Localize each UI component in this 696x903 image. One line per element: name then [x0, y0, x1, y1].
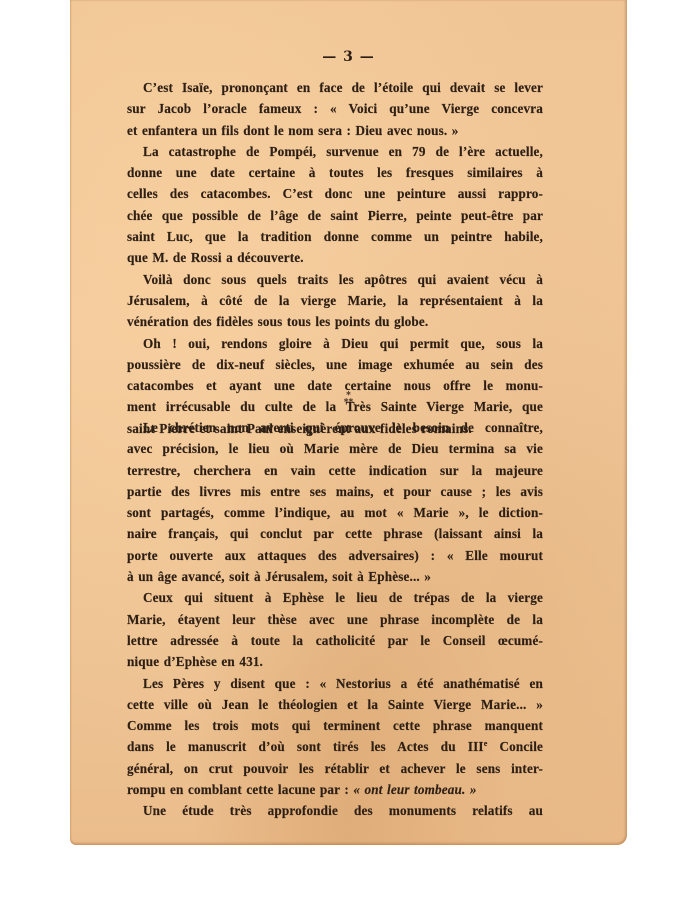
- text-line: La catastrophe de Pompéi, survenue en 79…: [127, 141, 543, 162]
- scanned-page: — 3 — C’est Isaïe, prononçant en face de…: [70, 0, 627, 845]
- asterism-bottom: **: [70, 400, 627, 407]
- text-line: porte ouverte aux attaques des adversair…: [127, 545, 543, 566]
- text-fragment: Concile: [487, 739, 543, 754]
- text-line: Une étude très approfondie des monuments…: [127, 800, 543, 821]
- page-number: — 3 —: [70, 49, 627, 65]
- text-line: Les Pères y disent que : « Nestorius a é…: [127, 673, 543, 694]
- text-fragment: rompu en comblant cette lacune par :: [127, 782, 353, 797]
- text-line: poussière de dix-neuf siècles, une image…: [127, 354, 543, 375]
- text-line: et enfantera un fils dont le nom sera : …: [127, 120, 543, 141]
- text-line-with-superscript: dans le manuscrit d’où sont tirés les Ac…: [127, 736, 543, 757]
- text-line: Marie, étayent leur thèse avec une phras…: [127, 609, 543, 630]
- text-section-1: C’est Isaïe, prononçant en face de l’éto…: [127, 77, 543, 439]
- text-line: lettre adressée à toute la catholicité p…: [127, 630, 543, 651]
- text-line: que M. de Rossi a découverte.: [127, 247, 543, 268]
- text-line: vénération des fidèles sous tous les poi…: [127, 311, 543, 332]
- text-line: terrestre, cherchera en vain cette indic…: [127, 460, 543, 481]
- text-line: Le chrétien non averti qui éprouve le be…: [127, 417, 543, 438]
- text-line: cette ville où Jean le théologien et la …: [127, 694, 543, 715]
- text-line: partie des livres mis entre ses mains, e…: [127, 481, 543, 502]
- text-line: Oh ! oui, rendons gloire à Dieu qui perm…: [127, 333, 543, 354]
- text-line: Jérusalem, à côté de la vierge Marie, la…: [127, 290, 543, 311]
- text-line: naire français, qui conclut par cette ph…: [127, 523, 543, 544]
- section-break-asterism: * **: [70, 393, 627, 407]
- text-line: Ceux qui situent à Ephèse le lieu de tré…: [127, 587, 543, 608]
- text-line: saint Luc, que la tradition donne comme …: [127, 226, 543, 247]
- text-section-2: Le chrétien non averti qui éprouve le be…: [127, 417, 543, 822]
- text-line: à un âge avancé, soit à Jérusalem, soit …: [127, 566, 543, 587]
- text-line: nique d’Ephèse en 431.: [127, 651, 543, 672]
- text-line: général, on crut pouvoir les rétablir et…: [127, 758, 543, 779]
- text-line: sont partagés, comme l’indique, au mot «…: [127, 502, 543, 523]
- text-line: chée que possible de l’âge de saint Pier…: [127, 205, 543, 226]
- text-line: Comme les trois mots qui terminent cette…: [127, 715, 543, 736]
- text-line: avec précision, le lieu où Marie mère de…: [127, 438, 543, 459]
- text-line: C’est Isaïe, prononçant en face de l’éto…: [127, 77, 543, 98]
- text-line: donne une date certaine à toutes les fre…: [127, 162, 543, 183]
- italic-quote: « ont leur tombeau. »: [353, 782, 476, 797]
- text-line-with-italic: rompu en comblant cette lacune par : « o…: [127, 779, 543, 800]
- text-line: Voilà donc sous quels traits les apôtres…: [127, 269, 543, 290]
- text-line: celles des catacombes. C’est donc une pe…: [127, 183, 543, 204]
- text-fragment: dans le manuscrit d’où sont tirés les Ac…: [127, 739, 484, 754]
- text-line: sur Jacob l’oracle fameux : « Voici qu’u…: [127, 98, 543, 119]
